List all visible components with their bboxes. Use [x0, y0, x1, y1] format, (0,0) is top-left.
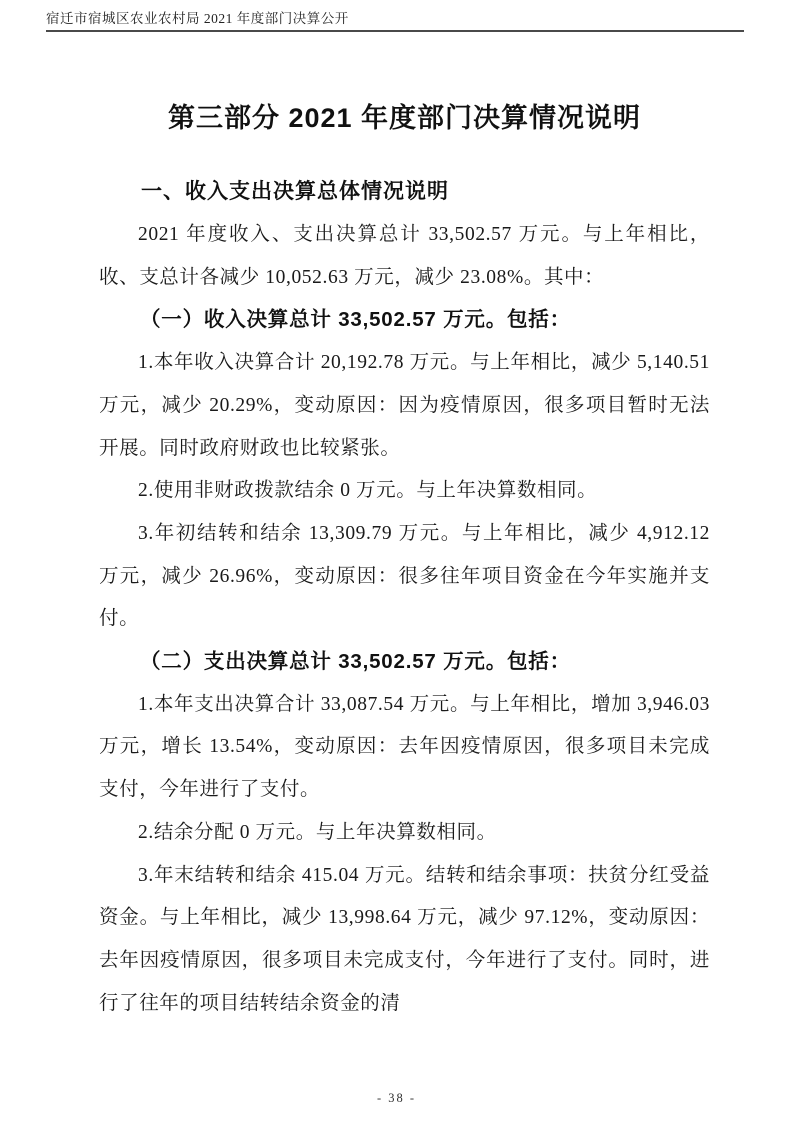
document-page: 宿迁市宿城区农业农村局 2021 年度部门决算公开 第三部分 2021 年度部门…	[0, 0, 793, 1122]
document-title: 第三部分 2021 年度部门决算情况说明	[99, 96, 710, 140]
paragraph: 3.年末结转和结余 415.04 万元。结转和结余事项：扶贫分红受益资金。与上年…	[99, 855, 710, 1026]
paragraph: 2021 年度收入、支出决算总计 33,502.57 万元。与上年相比，收、支总…	[99, 214, 710, 299]
paragraph: 3.年初结转和结余 13,309.79 万元。与上年相比，减少 4,912.12…	[99, 513, 710, 641]
page-footer: - 38 -	[0, 1091, 793, 1106]
paragraph: 1.本年收入决算合计 20,192.78 万元。与上年相比，减少 5,140.5…	[99, 342, 710, 470]
paragraph: 2.使用非财政拨款结余 0 万元。与上年决算数相同。	[99, 470, 710, 513]
subheading-income-total: （一）收入决算总计 33,502.57 万元。包括：	[99, 299, 710, 342]
paragraph: 2.结余分配 0 万元。与上年决算数相同。	[99, 812, 710, 855]
paragraph: 1.本年支出决算合计 33,087.54 万元。与上年相比，增加 3,946.0…	[99, 684, 710, 812]
document-body: 第三部分 2021 年度部门决算情况说明 一、收入支出决算总体情况说明 2021…	[99, 0, 710, 1025]
subheading-expenditure-total: （二）支出决算总计 33,502.57 万元。包括：	[99, 641, 710, 684]
paragraph-block: 2021 年度收入、支出决算总计 33,502.57 万元。与上年相比，收、支总…	[99, 214, 710, 1025]
section-heading: 一、收入支出决算总体情况说明	[99, 176, 710, 208]
page-number: - 38 -	[377, 1091, 416, 1105]
